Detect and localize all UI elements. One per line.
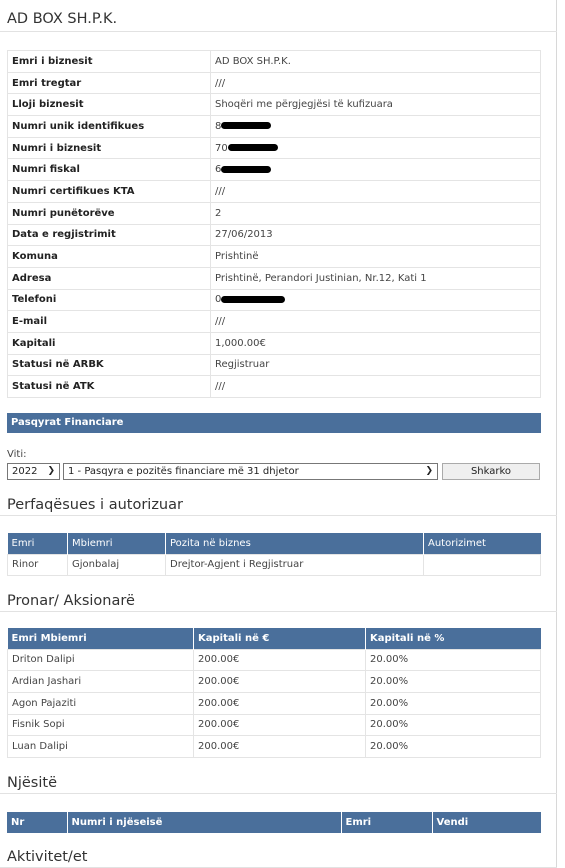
table-cell: 20.00% [366,671,541,693]
info-row: Numri punëtorëve2 [8,202,541,224]
info-label: Kapitali [8,332,211,354]
table-cell: 20.00% [366,736,541,758]
info-value: /// [211,311,541,333]
table-cell: Agon Pajaziti [8,692,194,714]
info-value-prefix: 70 [215,143,228,154]
redaction-mark [221,166,271,173]
info-row: Numri certifikues KTA/// [8,181,541,203]
info-label: Statusi në ATK [8,376,211,398]
column-header[interactable]: Emri [341,812,432,833]
info-label: Komuna [8,246,211,268]
owners-title: Pronar/ Aksionarë [0,592,557,612]
report-select[interactable]: 1 - Pasqyra e pozitës financiare më 31 d… [63,463,438,480]
year-select-value: 2022 [12,466,37,477]
table-cell: 200.00€ [194,649,366,671]
info-row: AdresaPrishtinë, Perandori Justinian, Nr… [8,267,541,289]
info-label: Lloji biznesit [8,94,211,116]
chevron-down-icon: ❯ [425,464,433,479]
representatives-title: Perfaqësues i autorizuar [0,496,557,516]
owners-table: Emri MbiemriKapitali në €Kapitali në % D… [7,628,541,758]
chevron-down-icon: ❯ [47,464,55,479]
redaction-mark [221,122,271,129]
info-value: 8 [211,116,541,138]
table-cell: Gjonbalaj [68,554,166,576]
info-value: Prishtinë [211,246,541,268]
info-value: /// [211,72,541,94]
info-value: AD BOX SH.P.K. [211,51,541,73]
download-button[interactable]: Shkarko [442,463,540,480]
table-cell: 20.00% [366,649,541,671]
info-row: Emri i biznesitAD BOX SH.P.K. [8,51,541,73]
info-value: Prishtinë, Perandori Justinian, Nr.12, K… [211,267,541,289]
column-header[interactable]: Vendi [432,812,541,833]
info-label: Numri fiskal [8,159,211,181]
info-row: Lloji biznesitShoqëri me përgjegjësi të … [8,94,541,116]
table-cell: Drejtor-Agjent i Regjistruar [166,554,424,576]
table-row: Agon Pajaziti200.00€20.00% [8,692,541,714]
table-cell: Luan Dalipi [8,736,194,758]
column-header[interactable]: Mbiemri [68,533,166,554]
financial-statements-header: Pasqyrat Financiare [7,413,541,433]
table-row: Driton Dalipi200.00€20.00% [8,649,541,671]
info-value: 2 [211,202,541,224]
column-header[interactable]: Nr [7,812,67,833]
column-header[interactable]: Pozita në biznes [166,533,424,554]
units-table: NrNumri i njëseisëEmriVendi [7,812,541,833]
table-cell: Fisnik Sopi [8,714,194,736]
info-value: 6 [211,159,541,181]
redaction-mark [221,296,285,303]
table-row: Luan Dalipi200.00€20.00% [8,736,541,758]
column-header[interactable]: Emri [8,533,68,554]
activities-title: Aktivitet/et [0,848,557,868]
table-cell: Driton Dalipi [8,649,194,671]
table-cell: 200.00€ [194,736,366,758]
table-cell: Ardian Jashari [8,671,194,693]
business-details-page: AD BOX SH.P.K. Emri i biznesitAD BOX SH.… [0,0,557,868]
info-row: Numri unik identifikues8 [8,116,541,138]
info-row: Numri fiskal6 [8,159,541,181]
redaction-mark [228,144,278,151]
column-header[interactable]: Emri Mbiemri [8,628,194,649]
info-label: Adresa [8,267,211,289]
page-title: AD BOX SH.P.K. [0,10,557,32]
table-cell: Rinor [8,554,68,576]
info-value: /// [211,181,541,203]
year-label: Viti: [7,449,26,460]
units-title: Njësitë [0,774,557,794]
table-cell [424,554,541,576]
info-value: 70 [211,137,541,159]
info-row: Statusi në ATK/// [8,376,541,398]
info-value: 0 [211,289,541,311]
info-row: Telefoni0 [8,289,541,311]
info-row: Statusi në ARBKRegjistruar [8,354,541,376]
info-row: Data e regjistrimit27/06/2013 [8,224,541,246]
business-info-table: Emri i biznesitAD BOX SH.P.K.Emri tregta… [7,50,541,398]
info-label: E-mail [8,311,211,333]
column-header[interactable]: Numri i njëseisë [67,812,341,833]
info-label: Numri unik identifikues [8,116,211,138]
info-label: Numri i biznesit [8,137,211,159]
representatives-table: EmriMbiemriPozita në biznesAutorizimet R… [7,533,541,576]
info-label: Data e regjistrimit [8,224,211,246]
info-value: Regjistruar [211,354,541,376]
table-cell: 20.00% [366,692,541,714]
table-row: Ardian Jashari200.00€20.00% [8,671,541,693]
info-label: Numri punëtorëve [8,202,211,224]
table-cell: 20.00% [366,714,541,736]
info-label: Telefoni [8,289,211,311]
table-cell: 200.00€ [194,692,366,714]
info-label: Emri i biznesit [8,51,211,73]
info-label: Emri tregtar [8,72,211,94]
info-value: 1,000.00€ [211,332,541,354]
column-header[interactable]: Autorizimet [424,533,541,554]
info-label: Statusi në ARBK [8,354,211,376]
table-cell: 200.00€ [194,671,366,693]
info-row: E-mail/// [8,311,541,333]
table-row: RinorGjonbalajDrejtor-Agjent i Regjistru… [8,554,541,576]
info-row: Numri i biznesit70 [8,137,541,159]
info-value: 27/06/2013 [211,224,541,246]
year-select[interactable]: 2022 ❯ [7,463,60,480]
info-label: Numri certifikues KTA [8,181,211,203]
table-row: Fisnik Sopi200.00€20.00% [8,714,541,736]
info-value: Shoqëri me përgjegjësi të kufizuara [211,94,541,116]
column-header[interactable]: Kapitali në € [194,628,366,649]
table-cell: 200.00€ [194,714,366,736]
info-row: Kapitali1,000.00€ [8,332,541,354]
info-row: Emri tregtar/// [8,72,541,94]
column-header[interactable]: Kapitali në % [366,628,541,649]
info-value: /// [211,376,541,398]
report-select-value: 1 - Pasqyra e pozitës financiare më 31 d… [68,466,299,477]
info-row: KomunaPrishtinë [8,246,541,268]
